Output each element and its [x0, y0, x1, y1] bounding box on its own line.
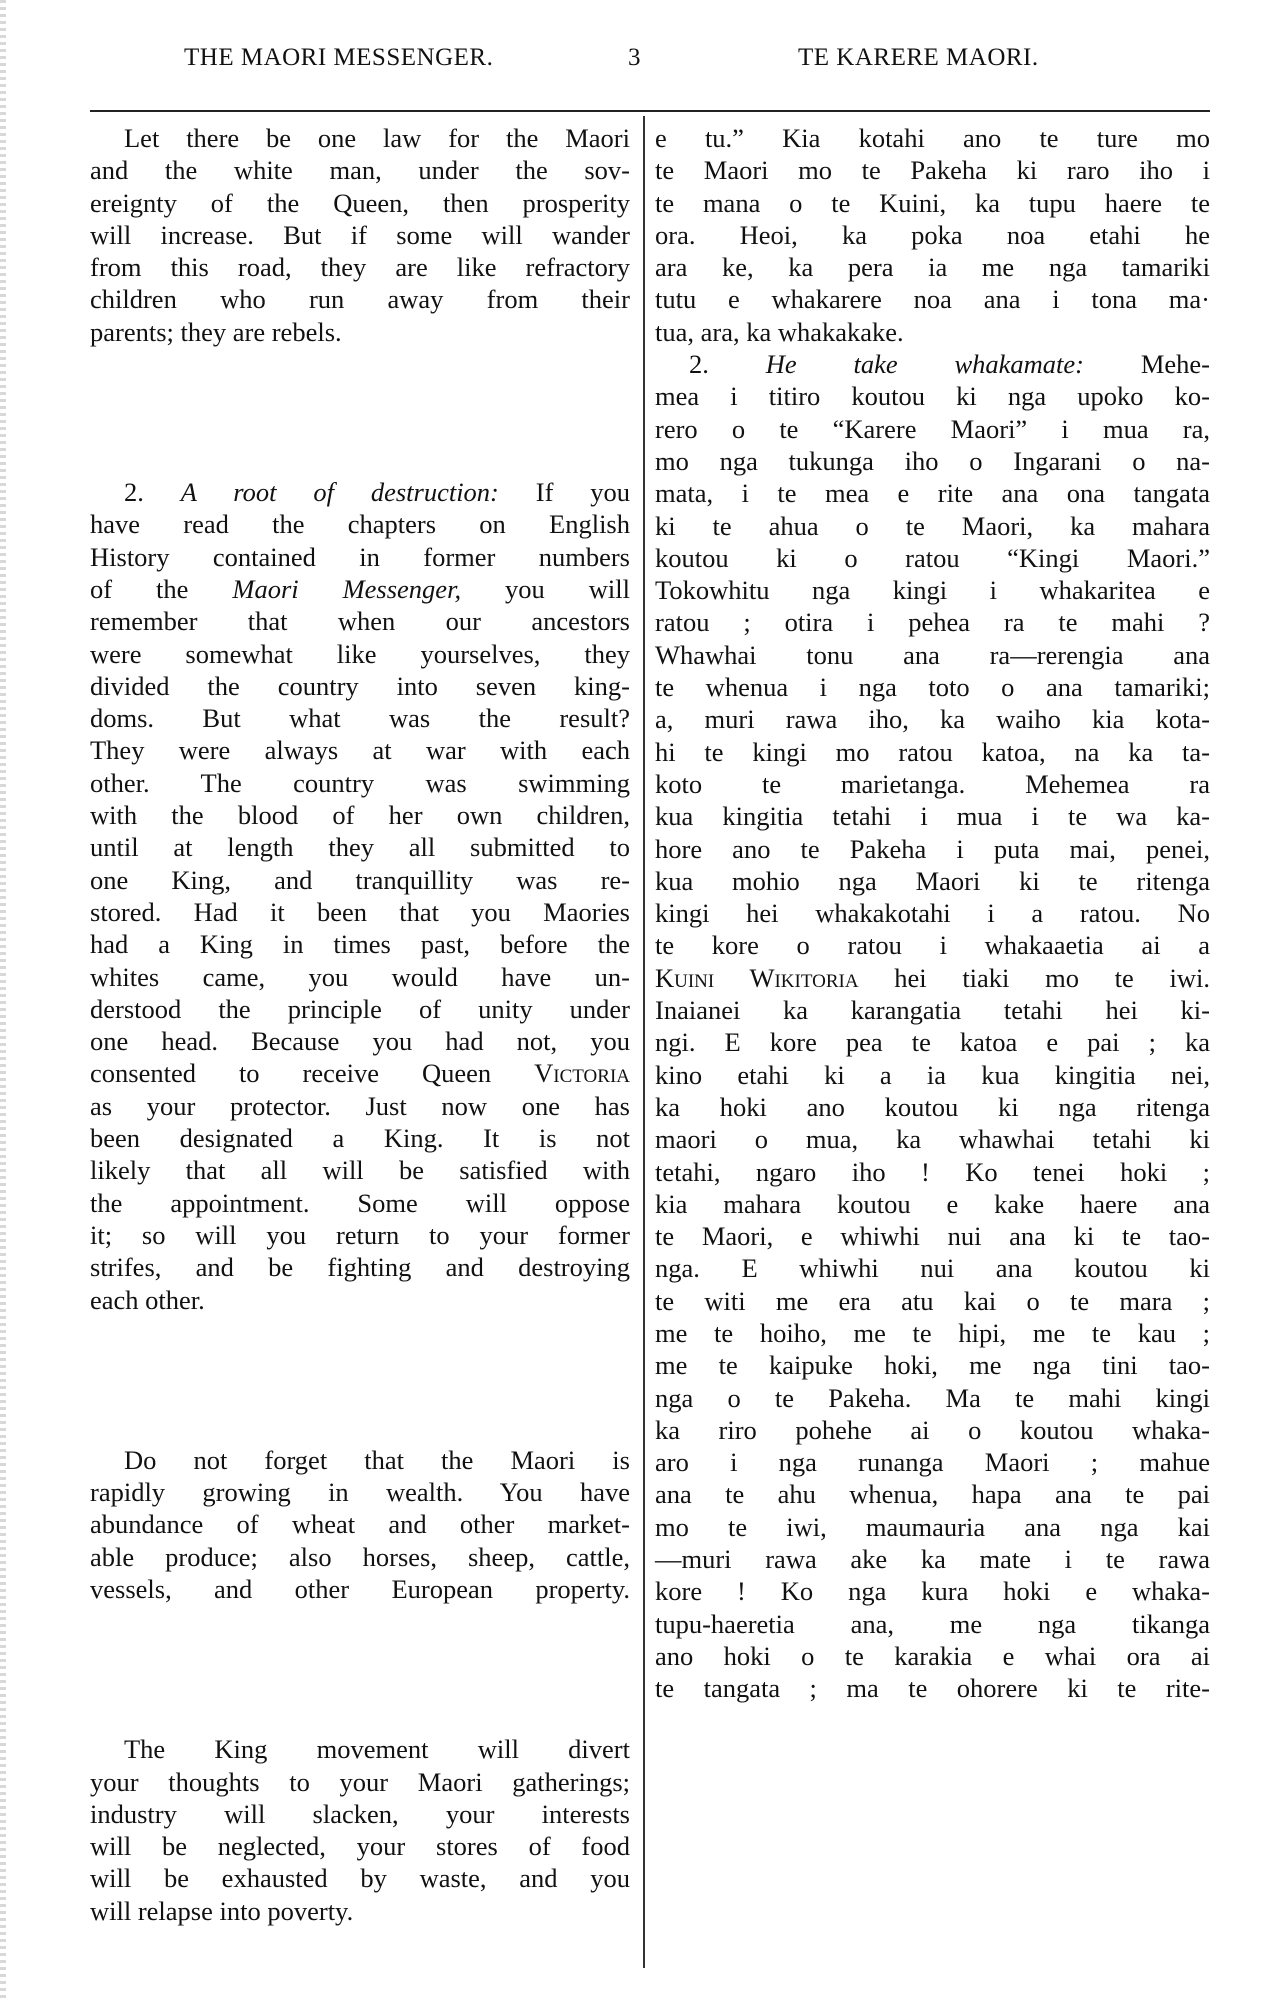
english-column: Let there be one law for the Maori and t… [90, 122, 630, 1927]
text-line: hi te kingi mo ratou katoa, na ka ta- [655, 736, 1210, 768]
paragraph-gap [90, 1316, 630, 1444]
text-line: and the white man, under the sov- [90, 154, 630, 186]
text-line: koto te marietanga. Mehemea ra [655, 768, 1210, 800]
text-line: ereignty of the Queen, then prosperity [90, 187, 630, 219]
text-line: mata, i te mea e rite ana ona tangata [655, 477, 1210, 509]
text-line: rapidly growing in wealth. You have [90, 1476, 630, 1508]
text-line: parents; they are rebels. [90, 316, 630, 348]
text-line-with-name: Kuini Wikitoria hei tiaki mo te iwi. [655, 962, 1210, 994]
text-fragment: If you [499, 477, 630, 507]
text-line: children who run away from their [90, 283, 630, 315]
text-line: e tu.” Kia kotahi ano te ture mo [655, 122, 1210, 154]
text-line: Inaianei ka karangatia tetahi hei ki- [655, 994, 1210, 1026]
paragraph-one-law: Let there be one law for the Maori and t… [90, 122, 630, 348]
text-line-with-title: of the Maori Messenger, you will [90, 573, 630, 605]
maori-masthead: TE KARERE MAORI. [798, 44, 1039, 72]
text-line: te Maori, e whiwhi nui ana ki te tao- [655, 1220, 1210, 1252]
text-line: kino etahi ki a ia kua kingitia nei, [655, 1059, 1210, 1091]
page-edge-shadow [0, 0, 6, 2000]
text-line: until at length they all submitted to [90, 831, 630, 863]
section-heading: A root of destruction: [181, 477, 499, 507]
text-line: will increase. But if some will wander [90, 219, 630, 251]
text-line: other. The country was swimming [90, 767, 630, 799]
text-line: They were always at war with each [90, 734, 630, 766]
running-header: THE MAORI MESSENGER. 3 TE KARERE MAORI. [0, 44, 1280, 84]
text-line: the appointment. Some will oppose [90, 1187, 630, 1219]
text-line: derstood the principle of unity under [90, 993, 630, 1025]
paragraph-wealth: Do not forget that the Maori is rapidly … [90, 1444, 630, 1605]
text-line: —muri rawa ake ka mate i te rawa [655, 1543, 1210, 1575]
text-line: abundance of wheat and other market- [90, 1508, 630, 1540]
text-line: your thoughts to your Maori gatherings; [90, 1766, 630, 1798]
text-line: tua, ara, ka whakakake. [655, 316, 1210, 348]
text-line: nga o te Pakeha. Ma te mahi kingi [655, 1382, 1210, 1414]
text-line: have read the chapters on English [90, 508, 630, 540]
section-heading: He take whakamate: [766, 349, 1084, 379]
text-line: ara ke, ka pera ia me nga tamariki [655, 251, 1210, 283]
text-line: te tangata ; ma te ohorere ki te rite- [655, 1672, 1210, 1704]
text-line: will be exhausted by waste, and you [90, 1862, 630, 1894]
text-line: a, muri rawa iho, ka waiho kia kota- [655, 703, 1210, 735]
text-line: kia mahara koutou e kake haere ana [655, 1188, 1210, 1220]
text-line: Let there be one law for the Maori [90, 122, 630, 154]
text-line: divided the country into seven king- [90, 670, 630, 702]
text-line-with-name: consented to receive Queen Victoria [90, 1057, 630, 1089]
text-line: ratou ; otira i pehea ra te mahi ? [655, 606, 1210, 638]
text-line: History contained in former numbers [90, 541, 630, 573]
text-line: as your protector. Just now one has [90, 1090, 630, 1122]
text-line: ka riro pohehe ai o koutou whaka- [655, 1414, 1210, 1446]
text-line: one King, and tranquillity was re- [90, 864, 630, 896]
text-line: ano hoki o te karakia e whai ora ai [655, 1640, 1210, 1672]
text-line: tupu-haeretia ana, me nga tikanga [655, 1608, 1210, 1640]
text-line: Do not forget that the Maori is [90, 1444, 630, 1476]
text-line: ngi. E kore pea te katoa e pai ; ka [655, 1026, 1210, 1058]
text-line: mo te iwi, maumauria ana nga kai [655, 1511, 1210, 1543]
text-line: able produce; also horses, sheep, cattle… [90, 1541, 630, 1573]
text-line: The King movement will divert [90, 1733, 630, 1765]
text-line: rero o te “Karere Maori” i mua ra, [655, 413, 1210, 445]
text-line: me te hoiho, me te hipi, me te kau ; [655, 1317, 1210, 1349]
section-heading-line: 2. He take whakamate: Mehe- [655, 348, 1210, 380]
text-line: strifes, and be fighting and destroying [90, 1251, 630, 1283]
text-line: kua kingitia tetahi i mua i te wa ka- [655, 800, 1210, 832]
text-line: with the blood of her own children, [90, 799, 630, 831]
paragraph-king-movement: The King movement will divert your thoug… [90, 1733, 630, 1927]
text-line: ana te ahu whenua, hapa ana te pai [655, 1478, 1210, 1510]
text-line: one head. Because you had not, you [90, 1025, 630, 1057]
text-line: te mana o te Kuini, ka tupu haere te [655, 187, 1210, 219]
maori-column: e tu.” Kia kotahi ano te ture mo te Maor… [655, 122, 1210, 1705]
text-line: kingi hei whakakotahi i a ratou. No [655, 897, 1210, 929]
text-line: tetahi, ngaro iho ! Ko tenei hoki ; [655, 1156, 1210, 1188]
text-line: Tokowhitu nga kingi i whakaritea e [655, 574, 1210, 606]
text-line: kua mohio nga Maori ki te ritenga [655, 865, 1210, 897]
text-line: Whawhai tonu ana ra—rerengia ana [655, 639, 1210, 671]
text-line: ki te ahua o te Maori, ka mahara [655, 510, 1210, 542]
text-line: aro i nga runanga Maori ; mahue [655, 1446, 1210, 1478]
text-line: ka hoki ano koutou ki nga ritenga [655, 1091, 1210, 1123]
section-heading-line: 2. A root of destruction: If you [90, 476, 630, 508]
text-line: me te kaipuke hoki, me nga tini tao- [655, 1349, 1210, 1381]
text-line: each other. [90, 1284, 630, 1316]
text-line: hore ano te Pakeha i puta mai, penei, [655, 833, 1210, 865]
text-line: kore ! Ko nga kura hoki e whaka- [655, 1575, 1210, 1607]
text-line: nga. E whiwhi nui ana koutou ki [655, 1252, 1210, 1284]
text-line: were somewhat like yourselves, they [90, 638, 630, 670]
publication-title: Maori Messenger, [232, 574, 461, 604]
paragraph-gap [90, 348, 630, 476]
text-line: will be neglected, your stores of food [90, 1830, 630, 1862]
text-line: maori o mua, ka whawhai tetahi ki [655, 1123, 1210, 1155]
text-line: from this road, they are like refractory [90, 251, 630, 283]
text-line: te kore o ratou i whakaaetia ai a [655, 929, 1210, 961]
header-rule [90, 110, 1210, 112]
text-line: whites came, you would have un- [90, 961, 630, 993]
section-number: 2. [689, 349, 709, 379]
text-line: will relapse into poverty. [90, 1895, 630, 1927]
text-line: remember that when our ancestors [90, 605, 630, 637]
column-divider [643, 116, 645, 1968]
text-line: had a King in times past, before the [90, 928, 630, 960]
page-number: 3 [628, 44, 641, 72]
text-line: te Maori mo te Pakeha ki raro iho i [655, 154, 1210, 186]
text-line: vessels, and other European property. [90, 1573, 630, 1605]
text-line: te witi me era atu kai o te mara ; [655, 1285, 1210, 1317]
text-line: koutou ki o ratou “Kingi Maori.” [655, 542, 1210, 574]
queen-name: Victoria [534, 1058, 630, 1088]
queen-name-maori: Kuini Wikitoria [655, 963, 859, 993]
text-line: te whenua i nga toto o ana tamariki; [655, 671, 1210, 703]
text-line: been designated a King. It is not [90, 1122, 630, 1154]
text-line: it; so will you return to your former [90, 1219, 630, 1251]
text-line: ora. Heoi, ka poka noa etahi he [655, 219, 1210, 251]
paragraph-root-of-destruction: 2. A root of destruction: If you have re… [90, 476, 630, 1316]
text-line: doms. But what was the result? [90, 702, 630, 734]
text-line: tutu e whakarere noa ana i tona ma· [655, 283, 1210, 315]
text-line: likely that all will be satisfied with [90, 1154, 630, 1186]
text-line: stored. Had it been that you Maories [90, 896, 630, 928]
text-line: mea i titiro koutou ki nga upoko ko- [655, 380, 1210, 412]
text-line: mo nga tukunga iho o Ingarani o na- [655, 445, 1210, 477]
section-number: 2. [124, 477, 144, 507]
text-line: industry will slacken, your interests [90, 1798, 630, 1830]
english-masthead: THE MAORI MESSENGER. [184, 44, 493, 72]
paragraph-gap [90, 1605, 630, 1733]
